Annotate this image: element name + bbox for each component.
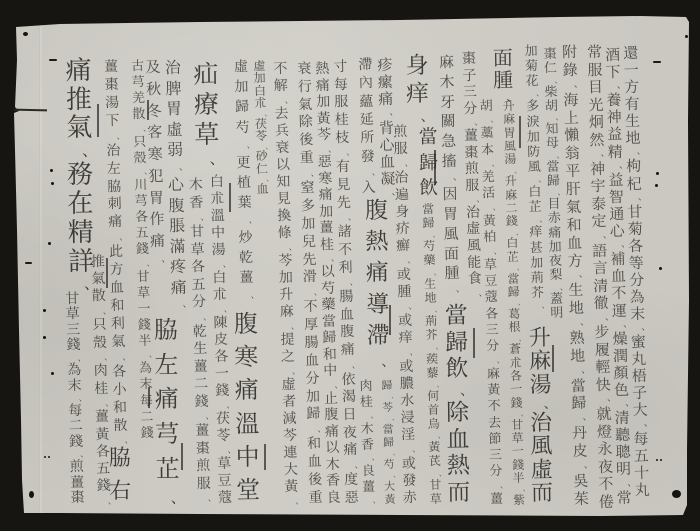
character: 浸: [401, 411, 415, 425]
character: 紫: [513, 494, 525, 506]
punctuation-mark: 、: [350, 278, 359, 287]
character: 中: [236, 445, 260, 469]
character: 痛: [378, 92, 393, 107]
character: 然: [589, 133, 604, 148]
character: 歸: [381, 380, 392, 391]
character: 急: [441, 134, 456, 149]
character: 加: [316, 95, 330, 109]
punctuation-mark: 、: [518, 299, 525, 306]
character: 末: [67, 379, 81, 393]
punctuation-mark: 、: [479, 288, 488, 297]
character: 光: [588, 98, 603, 113]
character: 風: [443, 227, 458, 242]
character: 酒: [605, 48, 620, 63]
punctuation-mark: 、: [514, 167, 521, 174]
character: 三: [66, 323, 80, 337]
character: 川: [134, 179, 147, 192]
character: 以: [325, 441, 339, 455]
character: 二: [140, 411, 153, 424]
character: 飲: [445, 358, 468, 381]
character: 只: [133, 135, 146, 148]
punctuation-mark: 、: [124, 436, 133, 445]
character: 厚: [304, 318, 318, 332]
character: 翁: [565, 146, 580, 161]
paper-spot: [672, 490, 681, 498]
character: 蒼: [509, 343, 521, 355]
character: 五: [191, 277, 205, 291]
character: 錢: [136, 243, 149, 256]
character: 當: [383, 424, 394, 435]
character: 服: [197, 477, 211, 491]
character: 在: [67, 191, 93, 217]
recipe-heading: 疝療草、: [191, 62, 221, 167]
character: 氣: [111, 335, 125, 349]
character: 節: [488, 433, 501, 446]
punctuation-mark: 、: [539, 216, 547, 224]
punctuation-mark: 、: [436, 343, 443, 350]
character: 芎: [131, 76, 144, 89]
character: 腫: [397, 285, 411, 299]
manuscript-column: 歸、芩、當歸、芍、大黃: [379, 380, 397, 505]
character: 清: [593, 278, 608, 293]
punctuation-mark: 、: [407, 256, 416, 265]
character: 錢: [97, 479, 111, 493]
character: 或: [399, 359, 413, 373]
character: 加: [279, 271, 293, 285]
paper-spot: [659, 267, 662, 270]
character: 夜: [343, 425, 357, 439]
character: 皮: [214, 333, 228, 347]
character: 顏: [613, 366, 628, 381]
character: 腫: [444, 266, 459, 281]
character: 腸: [339, 290, 353, 304]
paper-spot: [656, 172, 659, 175]
character: 木: [439, 75, 454, 90]
character: 草: [137, 287, 150, 300]
character: 度: [344, 473, 358, 487]
punctuation-mark: 、: [560, 283, 568, 291]
character: 良: [326, 490, 340, 504]
character: 血: [567, 235, 582, 250]
character: 痛: [319, 188, 333, 202]
character: 菊: [525, 60, 538, 73]
character: 良: [362, 465, 375, 478]
character: 推: [66, 87, 92, 113]
character: 薑: [104, 60, 118, 74]
punctuation-mark: 、: [105, 398, 114, 407]
character: 薑: [70, 475, 84, 489]
punctuation-mark: 、: [603, 232, 612, 241]
character: 三: [489, 449, 502, 462]
character: 錢: [141, 427, 154, 440]
character: 或: [397, 268, 411, 282]
character: 朮: [509, 356, 521, 368]
character: 身: [406, 55, 429, 78]
character: 錢: [69, 435, 83, 449]
character: 仁: [544, 62, 557, 75]
character: 連: [283, 446, 297, 460]
character: 服: [465, 178, 479, 192]
character: 芷: [156, 457, 180, 481]
character: 刺: [108, 197, 122, 211]
punctuation-mark: 、: [557, 189, 565, 197]
character: 補: [610, 252, 625, 267]
punctuation-mark: 、: [500, 481, 508, 489]
character: 丹: [572, 426, 587, 441]
character: 赤: [403, 491, 417, 505]
character: 永: [597, 442, 612, 457]
character: 血: [307, 455, 321, 469]
punctuation-mark: 、: [408, 302, 417, 311]
character: 清: [614, 411, 629, 426]
character: 加: [530, 257, 543, 270]
character: 黃: [316, 111, 330, 125]
character: 明: [550, 307, 563, 320]
character: 芩: [382, 402, 393, 413]
character: 血: [380, 155, 395, 170]
character: 輕: [595, 360, 610, 375]
punctuation-mark: 、: [617, 82, 626, 91]
character: 當: [422, 203, 434, 215]
paper-spot: [655, 184, 658, 187]
character: 虛: [466, 222, 480, 236]
character: 提: [280, 333, 294, 347]
character: 各: [485, 307, 498, 320]
punctuation-mark: 、: [251, 291, 260, 300]
punctuation-mark: 、: [637, 148, 646, 157]
character: 疥: [396, 222, 410, 236]
character: 荊: [425, 315, 437, 327]
character: 中: [211, 226, 225, 240]
character: 後: [299, 133, 313, 147]
character: 葉: [237, 196, 251, 210]
character: 語: [592, 243, 607, 258]
character: 痛: [150, 234, 165, 249]
character: 心: [379, 137, 394, 152]
character: 芥: [425, 329, 437, 341]
character: 湯: [529, 375, 551, 397]
character: 身: [395, 205, 409, 219]
character: 桂: [335, 113, 349, 127]
character: 夜: [598, 459, 613, 474]
character: 加: [254, 72, 266, 84]
character: 不: [303, 300, 317, 314]
character: 加: [301, 217, 315, 231]
punctuation-mark: 、: [79, 394, 88, 403]
character: 方: [567, 253, 582, 268]
character: 痛: [343, 443, 357, 457]
punctuation-mark: 、: [80, 450, 89, 459]
character: 血: [256, 183, 268, 195]
character: 不: [598, 477, 613, 492]
character: 就: [596, 407, 611, 422]
punctuation-mark: 、: [391, 393, 398, 400]
character: 夜: [549, 255, 562, 268]
character: 發: [402, 474, 416, 488]
character: 肝: [566, 182, 581, 197]
character: 芍: [423, 240, 435, 252]
character: 依: [341, 373, 355, 387]
character: 湯: [211, 242, 225, 256]
character: 淫: [401, 428, 415, 442]
punctuation-mark: 、: [227, 445, 236, 454]
recipe-heading: 腹寒痛溫中堂: [232, 312, 263, 502]
character: 倦: [599, 494, 614, 509]
character: 堂: [236, 478, 260, 502]
punctuation-mark: 、: [119, 233, 128, 242]
character: 痛: [548, 227, 561, 240]
character: 分: [192, 295, 206, 309]
character: 子: [462, 68, 476, 82]
character: 食: [468, 272, 482, 286]
character: 目: [588, 80, 603, 95]
character: 五: [96, 462, 110, 476]
punctuation-mark: 、: [435, 306, 442, 313]
character: 錢: [512, 458, 524, 470]
character: 惡: [318, 155, 332, 169]
character: 或: [402, 456, 416, 470]
punctuation-mark: 、: [334, 380, 343, 389]
character: 衰: [275, 141, 289, 155]
character: 歸: [508, 286, 520, 298]
paper-spot: [660, 459, 662, 461]
character: 薑: [195, 424, 209, 438]
punctuation-mark: 、: [393, 450, 400, 457]
character: 或: [398, 314, 412, 328]
character: 一: [510, 383, 522, 395]
character: 日: [342, 408, 356, 422]
character: 丸: [631, 352, 646, 367]
character: 錢: [215, 383, 229, 397]
character: 荊: [530, 272, 543, 285]
character: 不: [338, 243, 352, 257]
character: 炯: [589, 115, 604, 130]
punctuation-mark: 、: [389, 109, 398, 118]
punctuation-mark: 、: [493, 204, 501, 212]
character: 利: [338, 260, 352, 274]
character: 血: [110, 281, 124, 295]
punctuation-mark: 、: [623, 320, 632, 329]
character: 懶: [564, 128, 579, 143]
character: 渴: [342, 390, 356, 404]
character: 寒: [318, 172, 332, 186]
punctuation-mark: 、: [521, 410, 528, 417]
punctuation-mark: 、: [179, 162, 189, 172]
punctuation-mark: 、: [580, 319, 589, 328]
character: 秋: [146, 82, 161, 97]
character: 知: [276, 175, 290, 189]
character: 一: [137, 303, 150, 316]
character: 三: [463, 85, 477, 99]
character: 散: [92, 289, 106, 303]
character: 二: [505, 202, 517, 214]
character: 止: [324, 391, 338, 405]
character: 母: [546, 137, 559, 150]
character: 芍: [383, 459, 394, 470]
character: 生: [424, 278, 436, 290]
character: 牙: [440, 94, 455, 109]
paper-crease: [39, 25, 42, 513]
character: 加: [548, 241, 561, 254]
punctuation-mark: 、: [433, 231, 440, 238]
character: 治: [106, 144, 120, 158]
character: 熱: [447, 455, 470, 478]
character: 因: [442, 187, 457, 202]
punctuation-mark: 、: [412, 445, 421, 454]
emphasis-line: [552, 345, 554, 372]
character: 各: [135, 211, 148, 224]
character: 煎: [196, 459, 210, 473]
character: 膿: [400, 376, 414, 390]
character: 不: [611, 286, 626, 301]
character: 黃: [95, 427, 109, 441]
character: 湯: [105, 96, 119, 110]
character: 腹: [340, 325, 354, 339]
punctuation-mark: 、: [494, 247, 502, 255]
character: 生: [568, 283, 583, 298]
character: 豆: [484, 275, 497, 288]
character: 方: [624, 80, 639, 95]
character: 茯: [216, 412, 230, 426]
character: 痛: [170, 280, 186, 296]
character: 每: [140, 394, 153, 407]
character: 熱: [315, 62, 329, 76]
character: 陳: [213, 316, 227, 330]
punctuation-mark: 、: [122, 352, 131, 361]
character: 通: [609, 207, 624, 222]
character: 丸: [635, 482, 650, 497]
character: 多: [526, 100, 539, 113]
character: 甘: [429, 479, 441, 491]
character: 為: [139, 362, 152, 375]
character: 聽: [615, 428, 630, 443]
punctuation-mark: 、: [311, 169, 320, 178]
punctuation-mark: 、: [638, 193, 647, 202]
character: 黃: [483, 215, 496, 228]
character: 分: [486, 340, 499, 353]
character: 除: [299, 115, 313, 129]
character: 惡: [344, 490, 358, 504]
character: 和: [113, 400, 127, 414]
punctuation-mark: 、: [434, 268, 441, 275]
character: 氣: [66, 115, 92, 141]
punctuation-mark: 、: [516, 229, 523, 236]
punctuation-mark: 、: [289, 242, 298, 251]
character: 滯: [367, 325, 390, 348]
punctuation-mark: 、: [621, 241, 630, 250]
character: 海: [563, 92, 578, 107]
character: 燥: [612, 331, 627, 346]
character: 煎: [70, 460, 84, 474]
character: 地: [424, 292, 436, 304]
character: 升: [279, 288, 293, 302]
recipe-heading: 當歸飲、除血熱而: [443, 305, 473, 505]
manuscript-column: 滯內蘊延所發、入: [356, 58, 378, 195]
punctuation-mark: 、: [295, 496, 304, 505]
character: 朮: [254, 97, 266, 109]
punctuation-mark: 、: [574, 80, 583, 89]
punctuation-mark: 、: [460, 385, 474, 399]
recipe-heading: 升麻湯、治風虛而: [527, 328, 555, 505]
character: 枸: [626, 159, 641, 174]
character: 水: [400, 394, 414, 408]
punctuation-mark: 、: [103, 306, 112, 315]
character: 明: [616, 462, 631, 477]
punctuation-mark: 、: [392, 189, 401, 198]
character: 蜜: [631, 335, 646, 350]
character: 去: [274, 107, 288, 121]
character: 黃: [384, 494, 395, 505]
character: 先: [337, 195, 351, 209]
character: 芪: [429, 455, 441, 467]
character: 痛: [341, 343, 355, 357]
character: 滯: [358, 58, 372, 72]
punctuation-mark: 、: [171, 491, 186, 506]
character: 梨: [549, 269, 562, 282]
punctuation-mark: 、: [182, 300, 192, 310]
character: 淚: [526, 115, 539, 128]
character: 痛: [235, 378, 259, 402]
character: 薑: [464, 129, 478, 143]
character: 治: [165, 60, 181, 76]
character: 升: [505, 175, 517, 187]
character: 羌: [132, 92, 145, 105]
character: 風: [528, 161, 541, 174]
character: 各: [112, 365, 126, 379]
character: 蒺: [426, 352, 438, 364]
character: 芍: [321, 282, 335, 296]
punctuation-mark: 、: [200, 213, 209, 222]
character: 加: [234, 80, 248, 94]
character: 半: [512, 472, 524, 484]
paper-spot: [44, 456, 46, 458]
character: 腫: [493, 69, 513, 89]
character: 蔻: [218, 491, 232, 505]
emphasis-line: [473, 328, 475, 358]
character: 五: [135, 227, 148, 240]
character: 草: [190, 242, 204, 256]
character: 而: [531, 483, 553, 505]
character: 血: [340, 308, 354, 322]
character: 腹: [324, 408, 338, 422]
character: 血: [446, 429, 469, 452]
character: 芎: [155, 422, 179, 446]
character: 腸: [304, 336, 318, 350]
character: 滿: [169, 238, 185, 254]
punctuation-mark: 、: [144, 168, 152, 176]
character: 棗: [196, 442, 210, 456]
character: 為: [629, 290, 644, 305]
character: 植: [237, 176, 251, 190]
character: 枝: [335, 130, 349, 144]
character: 解: [274, 79, 288, 93]
character: 知: [545, 123, 558, 136]
paper-spot: [50, 169, 53, 172]
character: 末: [630, 307, 645, 322]
character: 熟: [569, 331, 584, 346]
paper-spot: [51, 372, 54, 375]
character: 療: [194, 92, 219, 117]
character: 甘: [137, 270, 150, 283]
character: 多: [301, 199, 315, 213]
character: 各: [191, 260, 205, 274]
character: 虛: [234, 60, 248, 74]
emphasis-line: [229, 183, 231, 212]
character: 方: [109, 263, 123, 277]
character: 梧: [632, 369, 647, 384]
character: 歸: [547, 175, 560, 188]
character: 痛: [366, 262, 389, 285]
